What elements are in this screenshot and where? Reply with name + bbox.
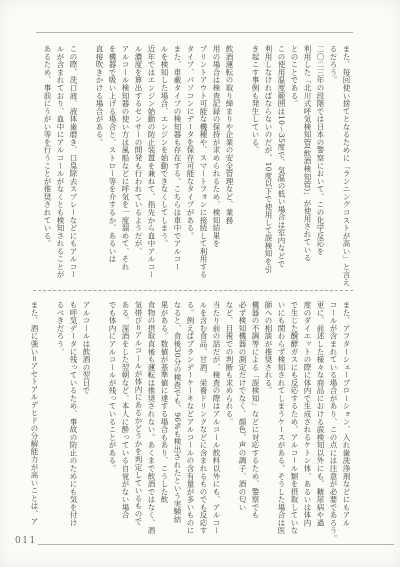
text-column: ルを検知した場合、エンジンを始動できなくしてしまう。 <box>158 45 171 288</box>
paragraph-gap-column <box>93 301 106 538</box>
text-column: プリントアウト可能な機種や、スマートフォンに接続して利用する <box>197 45 210 288</box>
text-column: いにも関わらず検知されてしまうケースがある。そうした場合は医 <box>275 301 288 538</box>
text-column: コールが含まれている場合があり、この点には注意が必要であろう。 <box>327 301 340 538</box>
text-column: る。例えばブランデーケーキなどアルコールの含有量が多いものに <box>184 301 197 538</box>
text-column: も呼気データに残っているため、事故の防止のためにも気を付け <box>67 301 80 538</box>
top-rule <box>36 32 353 33</box>
text-column: また、酒に強い=アセトアルデヒドの分解能力が高いことは、ア <box>28 301 41 538</box>
text-column: また、車載タイプの検知器も存在する。こちらは車中でアルコー <box>171 45 184 288</box>
text-column: 度のダイエットの際に体内で生成されるケトン体、あるいは体内 <box>301 301 314 538</box>
text-column: るだろう。 <box>327 45 340 288</box>
text-column: また、毎回使い捨てとなるために「ランニングコストが高い」と言え <box>340 45 353 288</box>
page-number: 011 <box>15 536 37 546</box>
bottom-rule <box>38 544 394 545</box>
text-column: 師への相談が推奨される。 <box>262 301 275 538</box>
text-column: この使用温度範囲は10〜35度で、気温の低い場合は室内などで <box>275 45 288 288</box>
text-column: 飲酒運転の取り締まりや企業の安全管理など、業務 <box>223 45 236 288</box>
text-column: 機器の不調等による「誤検知」などに対応するため、警察でも <box>249 301 262 538</box>
text-column: また、アフターシェーブローション、入れ歯洗浄剤などにもアル <box>340 301 353 538</box>
main-text-block: また、毎回使い捨てとなるために「ランニングコストが高い」と言えるだろう。二〇二三… <box>41 45 353 288</box>
paragraph-gap-column <box>41 301 54 538</box>
text-column: ルを含む食品、甘酒、栄養ドリンクなどに含まれるものでも反応す <box>197 301 210 538</box>
section-divider-dashed-rule <box>33 290 353 291</box>
text-column: 近年ではエンジン始動の防止装置を兼ねて、指先から血中アルコー <box>145 45 158 288</box>
text-column: なると、食後30分の検査でも、96%も検出されたという実験結 <box>171 301 184 538</box>
text-column: など、目視での判断も求められる。 <box>223 301 236 538</box>
text-column: 気帯び=アルコールが体内にあるかどうかを判定しているもので <box>132 301 145 538</box>
text-column: 必ず検知機器の測定だけでなく、顔色、声の調子、酒の匂い <box>236 301 249 538</box>
text-column: を機器で吸い上げる場合と、ストロー等を介するか、あるいは <box>106 45 119 288</box>
book-page: また、毎回使い捨てとなるために「ランニングコストが高い」と言えるだろう。二〇二三… <box>0 0 400 567</box>
text-column: アルコールは飲酒の翌日で <box>80 301 93 538</box>
text-column: 二〇二三年の段階では日本の警察において、この化学反応を <box>314 45 327 288</box>
text-column: 果がある。数値が基準値に達する場合もあり、こうした飲 <box>158 301 171 538</box>
text-column: 当たり前の話だが、検査の際はアルコール飲料以外にも、アルコー <box>210 301 223 538</box>
text-column: で生じた醗酵ガスにも反応するため、アルコール類を摂取していな <box>288 301 301 538</box>
text-column: 用の場合は検査記録の保持が求められるため、検知結果を <box>210 45 223 288</box>
text-column: 利用した「北川式呼気検知管(飲酒検知管)」が使用されている <box>301 45 314 288</box>
text-column: でも体内にアルコールが残っていることがある。 <box>106 301 119 538</box>
paragraph-gap-column <box>236 45 249 288</box>
text-column: るべきだろう。 <box>54 301 67 538</box>
text-column: あるため、事前にうがい等を行うことが推奨されている。 <box>41 45 54 288</box>
text-column: ル濃度を算出するセンサーの開発も行われているようだが、 <box>132 45 145 288</box>
second-text-block: また、アフターシェーブローション、入れ歯洗浄剤などにもアルコールが含まれている場… <box>28 301 353 538</box>
text-column: とのことである。 <box>288 45 301 288</box>
text-column: ルが含まれており、血中にアルコールがなくとも検知されることが <box>54 45 67 288</box>
text-column: 直接吹きかける場合がある。 <box>93 45 106 288</box>
text-column: 更に、前述した様々な商品における誤検知以外にも、糖尿病や過 <box>314 301 327 538</box>
text-column: き起こす事例も発生している。 <box>249 45 262 288</box>
paragraph-gap-column <box>80 45 93 288</box>
text-column: アルコール検知器の使い方は風船などに呼気を一度溜めて、それ <box>119 45 132 288</box>
text-column: この際、洗口液、液体歯磨き、口臭除去スプレーなどにもアルコー <box>67 45 80 288</box>
text-column: ある。深酒をした翌朝など、本人に酔っている自覚がない場合 <box>119 301 132 538</box>
text-column: 利用しなければならないのだが、10度以下で使用して誤検知を引 <box>262 45 275 288</box>
text-column: タイプ、パソコンにデータを保存可能なタイプがある。 <box>184 45 197 288</box>
text-column: 食物の摂取直後も運転は推奨されない。あくまで飲酒ではなく、酒 <box>145 301 158 538</box>
